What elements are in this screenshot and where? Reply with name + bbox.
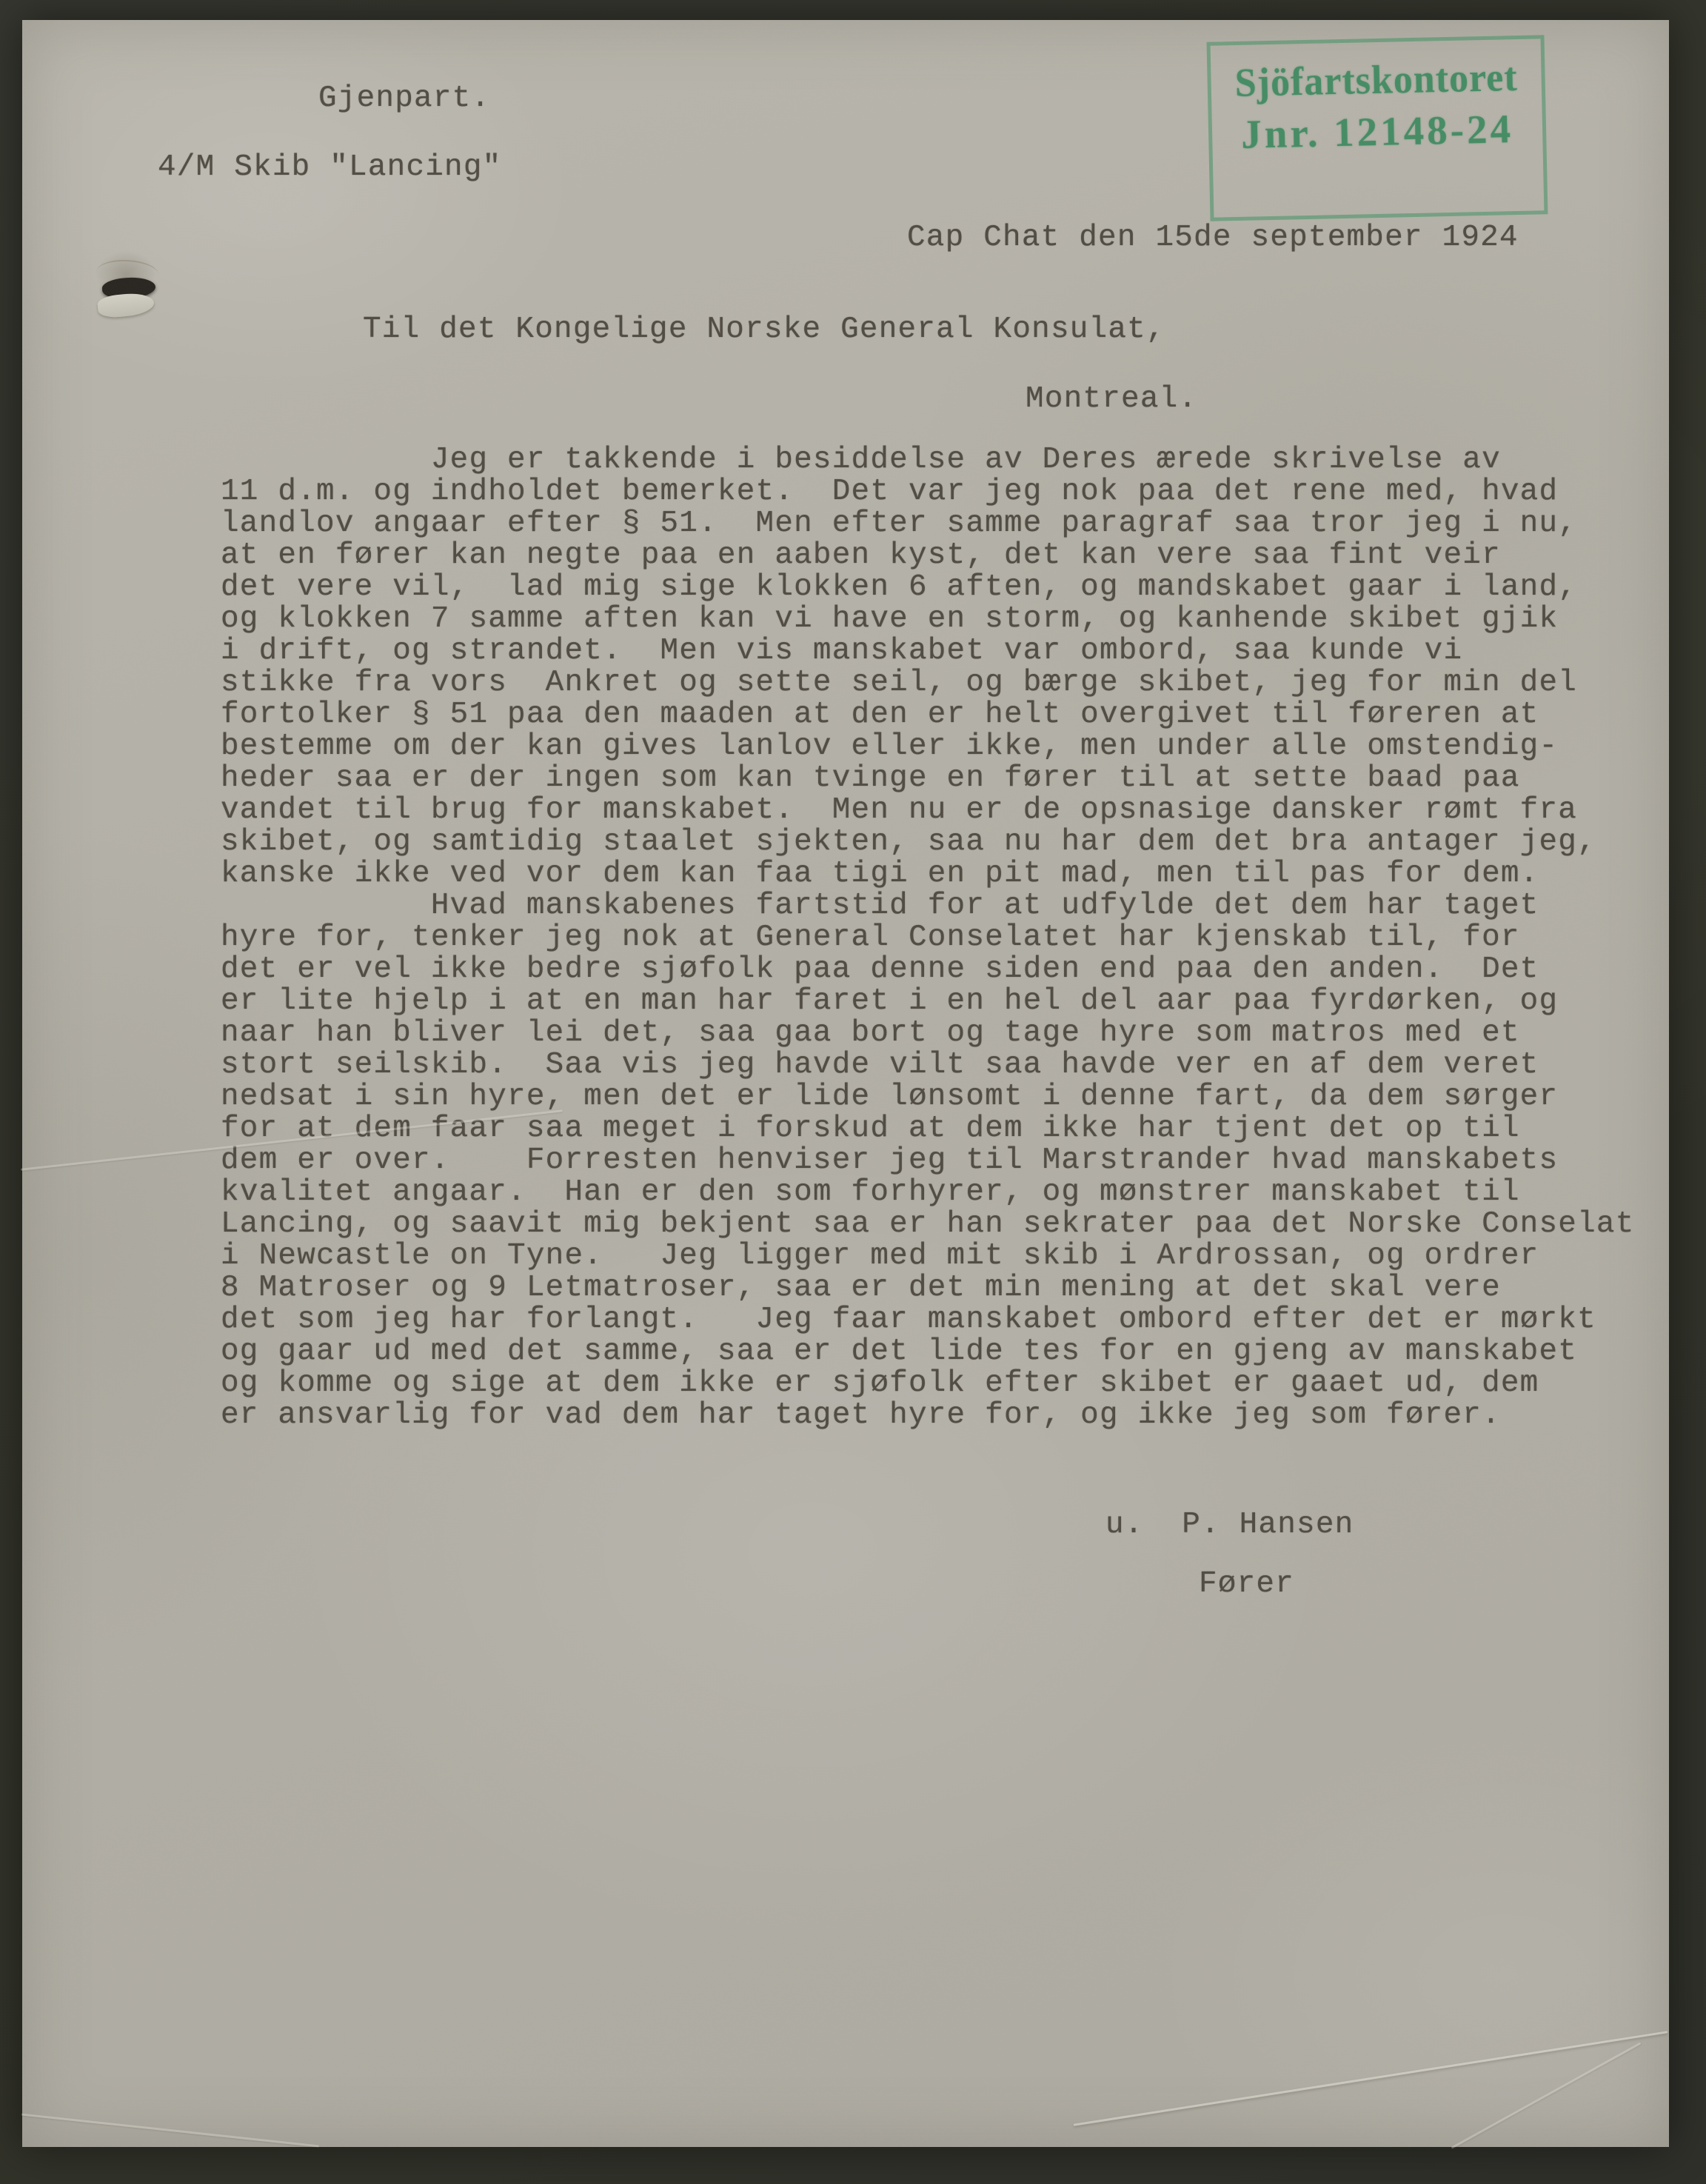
body-line: og gaar ud med det samme, saa er det lid… bbox=[221, 1336, 1657, 1368]
body-line: det vere vil, lad mig sige klokken 6 aft… bbox=[221, 572, 1657, 604]
ship-label: 4/M Skib "Lancing" bbox=[158, 152, 501, 184]
recipient-city: Montreal. bbox=[1026, 384, 1197, 415]
copy-label: Gjenpart. bbox=[318, 83, 490, 115]
body-line: at en fører kan negte paa en aaben kyst,… bbox=[221, 540, 1657, 572]
body-line: naar han bliver lei det, saa gaa bort og… bbox=[221, 1018, 1657, 1049]
signature-title: Fører bbox=[1199, 1569, 1294, 1600]
recipient-line: Til det Kongelige Norske General Konsula… bbox=[363, 314, 1165, 346]
body-line: heder saa er der ingen som kan tvinge en… bbox=[221, 763, 1657, 795]
body-line: det er vel ikke bedre sjøfolk paa denne … bbox=[221, 954, 1657, 986]
body-line: i Newcastle on Tyne. Jeg ligger med mit … bbox=[221, 1240, 1657, 1272]
body-line: kanske ikke ved vor dem kan faa tigi en … bbox=[221, 858, 1657, 890]
body-line: bestemme om der kan gives lanlov eller i… bbox=[221, 731, 1657, 763]
body-line: er ansvarlig for vad dem har taget hyre … bbox=[221, 1400, 1657, 1432]
body-line: for at dem faar saa meget i forskud at d… bbox=[221, 1113, 1657, 1145]
body-line: nedsat i sin hyre, men det er lide lønso… bbox=[221, 1081, 1657, 1113]
body-line: landlov angaar efter § 51. Men efter sam… bbox=[221, 508, 1657, 540]
letter-page: Gjenpart. 4/M Skib "Lancing" Sjöfartskon… bbox=[22, 20, 1669, 2147]
tear-smudge bbox=[80, 239, 169, 317]
tear-opening bbox=[101, 276, 156, 301]
body-line: vandet til brug for manskabet. Men nu er… bbox=[221, 795, 1657, 826]
body-line: det som jeg har forlangt. Jeg faar mansk… bbox=[221, 1304, 1657, 1336]
signature-name: u. P. Hansen bbox=[1105, 1509, 1354, 1541]
body-line: hyre for, tenker jeg nok at General Cons… bbox=[221, 922, 1657, 954]
body-line: i drift, og strandet. Men vis manskabet … bbox=[221, 635, 1657, 667]
body-line: Lancing, og saavit mig bekjent saa er ha… bbox=[221, 1209, 1657, 1240]
body-line: Jeg er takkende i besiddelse av Deres ær… bbox=[221, 444, 1657, 476]
body-line: dem er over. Forresten henviser jeg til … bbox=[221, 1145, 1657, 1177]
body-line: Hvad manskabenes fartstid for at udfylde… bbox=[221, 890, 1657, 922]
punch-hole-tear bbox=[80, 239, 169, 317]
stamp-journal-number: Jnr. 12148-24 bbox=[1211, 104, 1542, 158]
scanned-letter: Gjenpart. 4/M Skib "Lancing" Sjöfartskon… bbox=[0, 0, 1706, 2184]
body-line: og klokken 7 samme aften kan vi have en … bbox=[221, 604, 1657, 635]
paper-crease bbox=[1451, 2042, 1642, 2148]
tear-outline bbox=[96, 258, 159, 288]
dateline: Cap Chat den 15de september 1924 bbox=[907, 222, 1519, 254]
body-line: 8 Matroser og 9 Letmatroser, saa er det … bbox=[221, 1272, 1657, 1304]
registry-stamp: Sjöfartskontoret Jnr. 12148-24 bbox=[1207, 35, 1548, 221]
body-line: kvalitet angaar. Han er den som forhyrer… bbox=[221, 1177, 1657, 1209]
tear-flap bbox=[97, 291, 155, 319]
paper-crease bbox=[1074, 2031, 1668, 2126]
body-line: 11 d.m. og indholdet bemerket. Det var j… bbox=[221, 476, 1657, 508]
letter-body: Jeg er takkende i besiddelse av Deres ær… bbox=[221, 444, 1657, 1432]
body-line: er lite hjelp i at en man har faret i en… bbox=[221, 986, 1657, 1018]
stamp-office-name: Sjöfartskontoret bbox=[1211, 54, 1542, 107]
body-line: skibet, og samtidig staalet sjekten, saa… bbox=[221, 826, 1657, 858]
body-line: stikke fra vors Ankret og sette seil, og… bbox=[221, 667, 1657, 699]
body-line: og komme og sige at dem ikke er sjøfolk … bbox=[221, 1368, 1657, 1400]
body-line: fortolker § 51 paa den maaden at den er … bbox=[221, 699, 1657, 731]
paper-crease bbox=[21, 2114, 319, 2148]
body-line: stort seilskib. Saa vis jeg havde vilt s… bbox=[221, 1049, 1657, 1081]
